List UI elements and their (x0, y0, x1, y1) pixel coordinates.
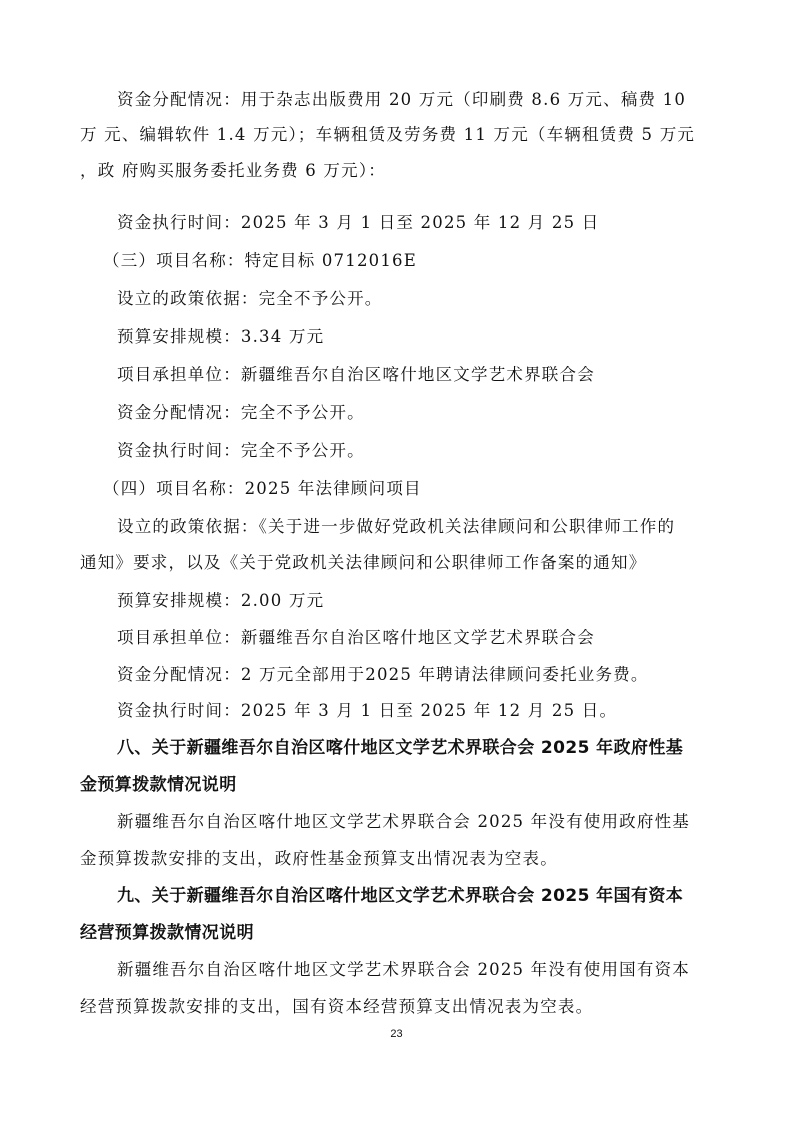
paragraph-line: 项目承担单位：新疆维吾尔自治区喀什地区文学艺术界联合会 (117, 364, 595, 386)
page-number: 23 (0, 1028, 793, 1040)
paragraph-line: 资金分配情况：用于杂志出版费用 20 万元（印刷费 8.6 万元、稿费 10 (117, 89, 686, 111)
paragraph-line: 经营预算拨款安排的支出，国有资本经营预算支出情况表为空表。 (80, 996, 593, 1018)
subheading-line: （三）项目名称：特定目标 0712016E (103, 250, 417, 272)
section-heading: 八、关于新疆维吾尔自治区喀什地区文学艺术界联合会 2025 年政府性基 (117, 737, 683, 759)
section-heading: 经营预算拨款情况说明 (80, 922, 254, 944)
paragraph-line: 项目承担单位：新疆维吾尔自治区喀什地区文学艺术界联合会 (117, 627, 595, 649)
paragraph-line: ，政 府购买服务委托业务费 6 万元）： (80, 160, 386, 182)
paragraph-line: 资金执行时间：2025 年 3 月 1 日至 2025 年 12 月 25 日。 (117, 700, 617, 722)
paragraph-line: 预算安排规模：3.34 万元 (117, 326, 324, 348)
subheading-line: （四）项目名称：2025 年法律顾问项目 (103, 478, 422, 500)
section-heading: 金预算拨款情况说明 (80, 774, 237, 796)
paragraph-line: 通知》要求，以及《关于党政机关法律顾问和公职律师工作备案的通知》 (80, 552, 646, 574)
paragraph-line: 金预算拨款安排的支出，政府性基金预算支出情况表为空表。 (80, 848, 558, 870)
paragraph-line: 资金执行时间：2025 年 3 月 1 日至 2025 年 12 月 25 日 (117, 212, 599, 234)
section-heading: 九、关于新疆维吾尔自治区喀什地区文学艺术界联合会 2025 年国有资本 (117, 885, 683, 907)
paragraph-line: 预算安排规模：2.00 万元 (117, 590, 324, 612)
paragraph-line: 设立的政策依据：《关于进一步做好党政机关法律顾问和公职律师工作的 (117, 516, 675, 538)
paragraph-line: 资金分配情况：2 万元全部用于2025 年聘请法律顾问委托业务费。 (117, 664, 649, 686)
paragraph-line: 新疆维吾尔自治区喀什地区文学艺术界联合会 2025 年没有使用政府性基 (117, 811, 690, 833)
paragraph-line: 资金执行时间：完全不予公开。 (117, 440, 365, 462)
paragraph-line: 设立的政策依据：完全不予公开。 (117, 288, 383, 310)
paragraph-line: 万 元、编辑软件 1.4 万元）；车辆租赁及劳务费 11 万元（车辆租赁费 5 … (80, 124, 695, 146)
paragraph-line: 资金分配情况：完全不予公开。 (117, 402, 365, 424)
paragraph-line: 新疆维吾尔自治区喀什地区文学艺术界联合会 2025 年没有使用国有资本 (117, 959, 690, 981)
